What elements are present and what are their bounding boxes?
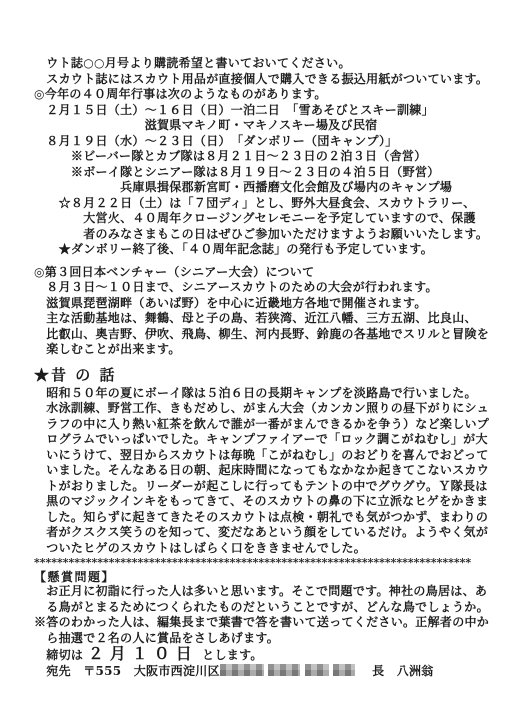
redacted-address-block: [333, 664, 355, 676]
text-line: トがおりました。リーダーが起こしに行ってもテントの中でグウグウ。Ｙ隊長は: [34, 479, 504, 495]
redacted-address-block: [268, 664, 300, 676]
text-line: ログラムでいっぱいでした。キャンプファイアーで「ロック調こがねむし」が大: [34, 432, 504, 448]
text-line: る鳥がとまるためにつくられたものだということですが、どんな鳥でしょうか。: [34, 600, 504, 616]
section-title-prize-question: 【懸賞問題】: [34, 570, 504, 584]
text-line: ※ボーイ隊とシニアー隊は８月１９日〜２３日の４泊５日（野営）: [34, 165, 504, 181]
text-line: した。知らずに起きてきたそのスカウトは点検・朝礼でも気がつかず、まわりの: [34, 510, 504, 526]
text-line: ラフの中に入り熱い紅茶を飲んで誰が一番がまんできるかを争う）など楽しいプ: [34, 417, 504, 433]
address-line: 宛先 〒555 大阪市西淀川区 長 八洲翁: [34, 664, 504, 680]
deadline-date: ２月１０日: [88, 644, 198, 663]
text-line: 者のみなさまもこの日はぜひご参加いただけますようお願いいたします。: [34, 227, 504, 243]
text-line: ついたヒゲのスカウトはしばらく口をききませんでした。: [34, 541, 504, 557]
text-line: 者がクスクス笑うのを知って、変だなあという顔をしているだけ。ようやく気が: [34, 525, 504, 541]
text-line: 主な活動基地は、舞鶴、母と子の島、若狭湾、近江八幡、三方五湖、比良山、: [34, 311, 504, 327]
redacted-address-block: [305, 664, 329, 676]
text-line: 滋賀県琵琶湖畔（あいば野）を中心に近畿地方各地で開催されます。: [34, 296, 504, 312]
text-line: ２月１５日（土）〜１６日（日）一泊二日 「雪あそびとスキー訓練」: [34, 103, 504, 119]
text-line: ８月３日〜１０日まで、シニアースカウトのための大会が行われます。: [34, 280, 504, 296]
text-line: ★ダンボリー終了後、「４０周年記念誌」の発行も予定しています。: [34, 242, 504, 258]
blank-line: [34, 358, 504, 365]
text-line: 比叡山、奥吉野、伊吹、飛鳥、柳生、河内長野、鈴鹿の各基地でスリルと冒険を: [34, 327, 504, 343]
section-title-old-story: ★昔 の 話: [34, 365, 504, 386]
text-line: ☆８月２２日（土）は「７団ディ」とし、野外大昼食会、スカウトラリー、: [34, 196, 504, 212]
text-line: いにうけて、翌日からスカウトは毎晩「こがねむし」のおどりを喜んでおどって: [34, 448, 504, 464]
text-segment: 締切は: [34, 648, 88, 662]
text-line: ※ビーバー隊とカブ隊は８月２１日〜２３日の２泊３日（舎営）: [34, 149, 504, 165]
redacted-address-block: [220, 664, 264, 676]
text-line: 黒のマジックインキをもってきて、そのスカウトの鼻の下に立派なヒゲをかきま: [34, 494, 504, 510]
text-line: ウト誌○○月号より購読希望と書いておいてください。: [34, 56, 504, 72]
text-line: 楽しむことが出来ます。: [34, 342, 504, 358]
redacted-address: [220, 664, 355, 678]
asterisk-divider: ****************************************…: [34, 556, 504, 570]
text-line: 水泳訓練、野営工作、きもだめし、がまん大会（カンカン照りの昼下がりにシュ: [34, 401, 504, 417]
text-segment: 宛先 〒555 大阪市西淀川区: [34, 664, 220, 678]
scanned-newsletter-page: ウト誌○○月号より購読希望と書いておいてください。 スカウト誌にはスカウト用品が…: [0, 0, 506, 716]
text-line: いました。そんなある日の朝、起床時間になってもなかなか起きてこないスカウ: [34, 463, 504, 479]
text-line: ◎今年の４０周年行事は次のようなものがあります。: [34, 87, 504, 103]
text-segment: とします。: [198, 648, 263, 662]
text-line: 大営火、４０周年クロージングセレモニーを予定していますので、保護: [34, 211, 504, 227]
text-line: ８月１９日（水）〜２３日（日） 「ダンボリー（団キャンプ）」: [34, 134, 504, 150]
text-line: 昭和５０年の夏にボーイ隊は５泊６日の長期キャンプを淡路島で行いました。: [34, 386, 504, 402]
text-line: スカウト誌にはスカウト用品が直接個人で購入できる振込用紙がついています。: [34, 72, 504, 88]
text-line: 兵庫県揖保郡新宮町・西播磨文化会館及び場内のキャンプ場: [34, 180, 504, 196]
text-segment: 長 八洲翁: [355, 664, 433, 678]
text-line: ◎第３回日本ベンチャー（シニアー大会）について: [34, 265, 504, 281]
blank-line: [34, 258, 504, 265]
text-line: お正月に初詣に行った人は多いと思います。そこで問題です。神社の鳥居は、あ: [34, 584, 504, 600]
deadline-line: 締切は ２月１０日 とします。: [34, 646, 504, 664]
text-line: 滋賀県マキノ町・マキノスキー場及び民宿: [34, 118, 504, 134]
document-body: ウト誌○○月号より購読希望と書いておいてください。 スカウト誌にはスカウト用品が…: [34, 56, 504, 679]
text-line: ※答のわかった人は、編集長まで葉書で答を書いて送ってください。正解者の中か: [34, 615, 504, 631]
